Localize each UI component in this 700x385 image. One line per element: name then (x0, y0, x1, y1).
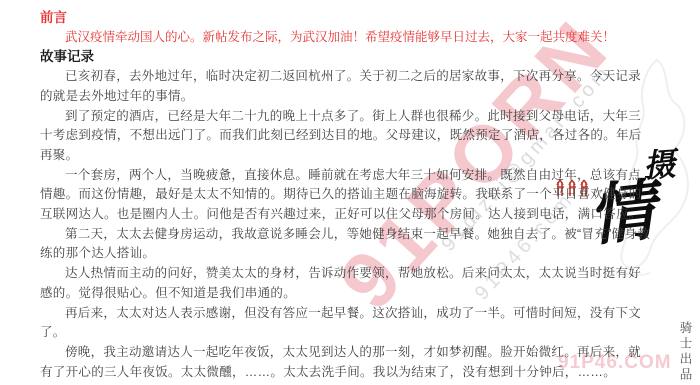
story-paragraph: 傍晚，我主动邀请达人一起吃年夜饭，太太见到达人的那一刻，才如梦初醒。脸开始微红。… (40, 343, 650, 382)
story-section-heading: 故事记录 (40, 47, 650, 67)
publisher-credit: 骑士出品 (676, 321, 694, 383)
story-paragraph: 已亥初春，去外地过年，临时决定初二返回杭州了。关于初二之后的居家故事，下次再分享… (40, 67, 650, 106)
story-paragraphs: 已亥初春，去外地过年，临时决定初二返回杭州了。关于初二之后的居家故事，下次再分享… (40, 67, 650, 382)
story-paragraph: 第二天，太太去健身房运动，我故意说多睡会儿，等她健身结束一起早餐。她独自去了。被… (40, 225, 650, 264)
story-paragraph: 达人热情而主动的问好，赞美太太的身材，告诉动作要领，帮她放松。后来问太太，太太说… (40, 264, 650, 303)
preface-heading: 前言 (40, 8, 650, 28)
story-paragraph: 到了预定的酒店，已经是大年二十九的晚上十点多了。街上人群也很稀少。此时接到父母电… (40, 107, 650, 166)
document-content: 前言 武汉疫情牵动国人的心。新帖发布之际，为武汉加油！希望疫情能够早日过去，大家… (40, 8, 650, 382)
story-paragraph: 再后来，太太对达人表示感谢，但没有答应一起早餐。这次搭讪，成功了一半。可惜时间短… (40, 304, 650, 343)
story-paragraph: 一个套房，两个人，当晚疲惫，直接休息。睡前就在考虑大年三十如何安排。既然自由过年… (40, 166, 650, 225)
document-page: 91PORN 91dizhi@gmail.com 91P46.com 91P46… (0, 0, 700, 385)
preface-text: 武汉疫情牵动国人的心。新帖发布之际，为武汉加油！希望疫情能够早日过去，大家一起共… (40, 28, 650, 48)
